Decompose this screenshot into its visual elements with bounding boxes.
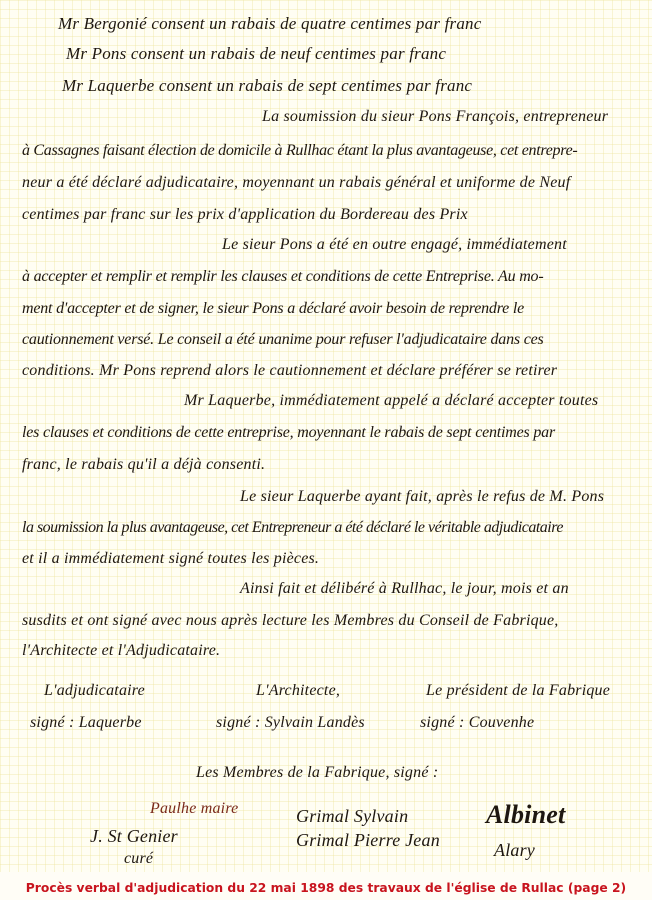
member-albinet: Albinet: [486, 800, 565, 830]
manuscript-page: Mr Bergonié consent un rabais de quatre …: [0, 0, 652, 872]
para3-line3: franc, le rabais qu'il a déjà consenti.: [22, 456, 265, 474]
para5-line3: l'Architecte et l'Adjudicataire.: [22, 642, 220, 660]
para2-line5: conditions. Mr Pons reprend alors le cau…: [22, 362, 557, 380]
bid-laquerbe: Mr Laquerbe consent un rabais de sept ce…: [62, 76, 472, 96]
para4-line2: la soumission la plus avantageuse, cet E…: [22, 519, 563, 537]
adjudicataire-title: L'adjudicataire: [44, 682, 145, 700]
para4-line1: Le sieur Laquerbe ayant fait, après le r…: [240, 488, 604, 506]
member-genier: J. St Genier: [90, 826, 178, 847]
president-signed: signé : Couvenhe: [420, 714, 534, 732]
adjudicataire-signed: signé : Laquerbe: [30, 714, 142, 732]
para2-line3: ment d'accepter et de signer, le sieur P…: [22, 300, 524, 318]
member-grimal-sylvain: Grimal Sylvain: [296, 806, 408, 827]
document-caption: Procès verbal d'adjudication du 22 mai 1…: [0, 881, 652, 895]
para1-line1: La soumission du sieur Pons François, en…: [262, 108, 608, 126]
para3-line2: les clauses et conditions de cette entre…: [22, 424, 555, 442]
para2-line2: à accepter et remplir et remplir les cla…: [22, 268, 544, 286]
member-genier-role: curé: [124, 850, 153, 868]
bid-pons: Mr Pons consent un rabais de neuf centim…: [66, 44, 446, 64]
member-paulhe: Paulhe maire: [150, 800, 238, 818]
architecte-title: L'Architecte,: [256, 682, 340, 700]
para2-line4: cautionnement versé. Le conseil a été un…: [22, 331, 544, 349]
para2-line1: Le sieur Pons a été en outre engagé, imm…: [222, 236, 567, 254]
architecte-signed: signé : Sylvain Landès: [216, 714, 365, 732]
member-alary: Alary: [494, 840, 535, 861]
para3-line1: Mr Laquerbe, immédiatement appelé a décl…: [184, 392, 598, 410]
para1-line3: neur a été déclaré adjudicataire, moyenn…: [22, 174, 570, 192]
members-heading: Les Membres de la Fabrique, signé :: [196, 764, 438, 782]
para1-line4: centimes par franc sur les prix d'applic…: [22, 206, 468, 224]
para5-line1: Ainsi fait et délibéré à Rullhac, le jou…: [240, 580, 569, 598]
para1-line2: à Cassagnes faisant élection de domicile…: [22, 142, 577, 160]
bid-bergonie: Mr Bergonié consent un rabais de quatre …: [58, 14, 481, 34]
para4-line3: et il a immédiatement signé toutes les p…: [22, 550, 319, 568]
para5-line2: susdits et ont signé avec nous après lec…: [22, 612, 559, 630]
member-grimal-pierre: Grimal Pierre Jean: [296, 830, 440, 851]
president-title: Le président de la Fabrique: [426, 682, 610, 700]
